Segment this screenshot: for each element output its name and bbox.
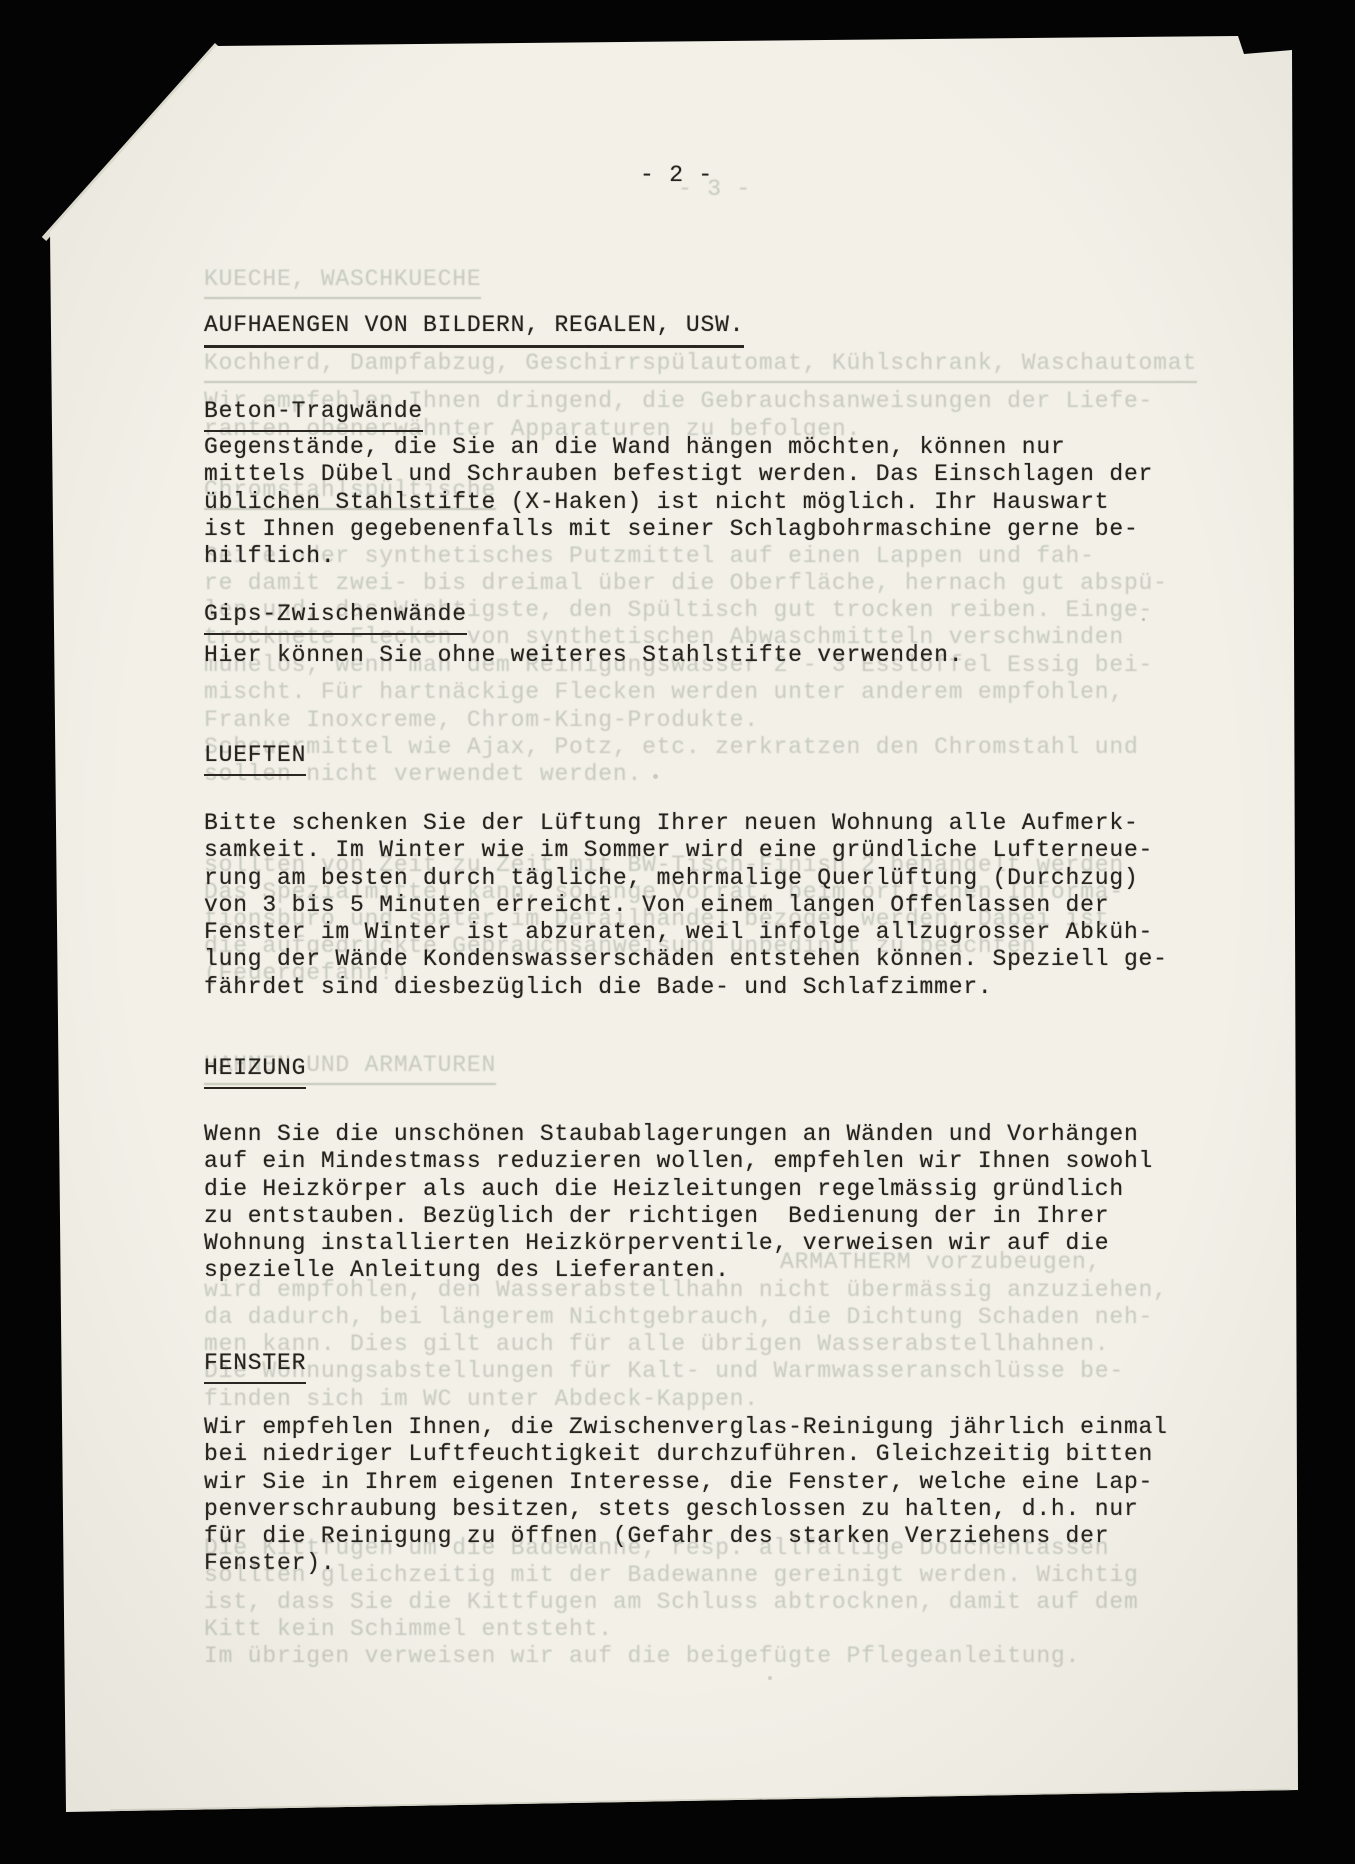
body-line: Fenster).: [204, 1550, 1168, 1577]
paper-speck: [653, 774, 658, 779]
body-line: mittels Dübel und Schrauben befestigt we…: [204, 461, 1153, 488]
body-line: ist Ihnen gegebenenfalls mit seiner Schl…: [204, 516, 1153, 543]
paper-speck: [428, 1212, 431, 1215]
body-line: zu entstauben. Bezüglich der richtigen B…: [204, 1203, 1153, 1230]
scan-background: - 3 -KUECHE, WASCHKUECHEKochherd, Dampfa…: [0, 0, 1355, 1864]
body-line: hilflich.: [204, 543, 1153, 570]
section-title-gips-zwischenwaende: Gips-Zwischenwände: [204, 601, 467, 635]
paragraph-lueften: Bitte schenken Sie der Lüftung Ihrer neu…: [204, 810, 1168, 1001]
body-line: fährdet sind diesbezüglich die Bade- und…: [204, 974, 1168, 1001]
paper-speck: [768, 1676, 772, 1680]
body-line: rung am besten durch tägliche, mehrmalig…: [204, 865, 1168, 892]
body-line: Wohnung installierten Heizkörperventile,…: [204, 1230, 1153, 1257]
page-number: - 2 -: [640, 162, 713, 189]
body-line: wir Sie in Ihrem eigenen Interesse, die …: [204, 1469, 1168, 1496]
body-line: die Heizkörper als auch die Heizleitunge…: [204, 1176, 1153, 1203]
paper-speck: [516, 893, 520, 897]
body-line: auf ein Mindestmass reduzieren wollen, e…: [204, 1148, 1153, 1175]
body-line: lung der Wände Kondenswasserschäden ents…: [204, 946, 1168, 973]
body-line: Hier können Sie ohne weiteres Stahlstift…: [204, 642, 963, 669]
body-line: Fenster im Winter ist abzuraten, weil in…: [204, 919, 1168, 946]
section-title-lueften: LUEFTEN: [204, 742, 306, 776]
paragraph-gips-zwischenwaende: Hier können Sie ohne weiteres Stahlstift…: [204, 642, 963, 669]
body-line: penverschraubung besitzen, stets geschlo…: [204, 1496, 1168, 1523]
body-line: spezielle Anleitung des Lieferanten.: [204, 1257, 1153, 1284]
document-content: - 2 - AUFHAENGEN VON BILDERN, REGALEN, U…: [0, 0, 1355, 1864]
paragraph-beton-tragwaende: Gegenstände, die Sie an die Wand hängen …: [204, 434, 1153, 570]
body-line: Bitte schenken Sie der Lüftung Ihrer neu…: [204, 810, 1168, 837]
document-heading: AUFHAENGEN VON BILDERN, REGALEN, USW.: [204, 312, 744, 348]
body-line: üblichen Stahlstifte (X-Haken) ist nicht…: [204, 489, 1153, 516]
body-line: bei niedriger Luftfeuchtigkeit durchzufü…: [204, 1441, 1168, 1468]
section-title-beton-tragwaende: Beton-Tragwände: [204, 398, 423, 432]
paragraph-fenster: Wir empfehlen Ihnen, die Zwischenverglas…: [204, 1414, 1168, 1578]
stacked-sheet-edge: [110, 1789, 1290, 1812]
body-line: für die Reinigung zu öffnen (Gefahr des …: [204, 1523, 1168, 1550]
body-line: von 3 bis 5 Minuten erreicht. Von einem …: [204, 892, 1168, 919]
section-title-fenster: FENSTER: [204, 1350, 306, 1384]
paragraph-heizung: Wenn Sie die unschönen Staubablagerungen…: [204, 1121, 1153, 1285]
body-line: Wenn Sie die unschönen Staubablagerungen…: [204, 1121, 1153, 1148]
paper-speck: [1142, 618, 1145, 621]
body-line: Wir empfehlen Ihnen, die Zwischenverglas…: [204, 1414, 1168, 1441]
body-line: Gegenstände, die Sie an die Wand hängen …: [204, 434, 1153, 461]
section-title-heizung: HEIZUNG: [204, 1055, 306, 1089]
body-line: samkeit. Im Winter wie im Sommer wird ei…: [204, 837, 1168, 864]
paper-sheet: - 3 -KUECHE, WASCHKUECHEKochherd, Dampfa…: [0, 0, 1355, 1864]
